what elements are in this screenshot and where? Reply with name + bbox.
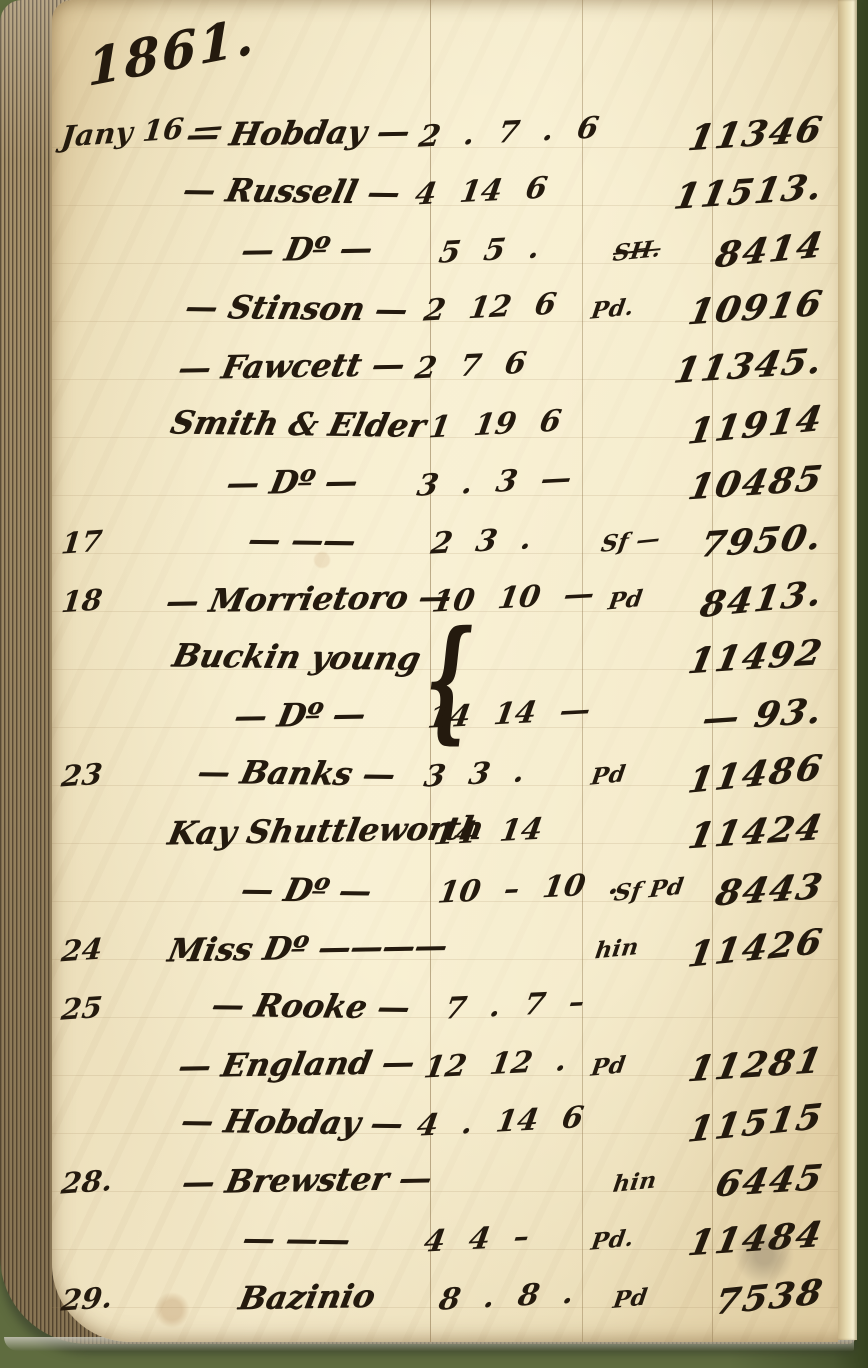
row-reference: — 93.: [699, 690, 843, 740]
row-reference: 10485: [685, 457, 843, 508]
row-reference: 8414: [712, 223, 843, 276]
row-name: — Dº —: [170, 694, 428, 736]
row-reference: 11513.: [671, 165, 844, 217]
row-note: hin: [585, 1160, 720, 1200]
row-note: Pd.: [563, 288, 694, 328]
table-row: — England — 12 12 . Pd 11281: [52, 1035, 838, 1093]
row-note: Pd.: [563, 1219, 694, 1259]
table-row: 24 Miss Dº ———— hin 11426: [52, 919, 838, 977]
row-amount: 2 7 6: [409, 345, 558, 387]
row-date: [51, 1118, 171, 1126]
row-reference: 11484: [685, 1213, 843, 1264]
row-date: [51, 362, 171, 370]
ledger-rows: Jany 16 — — Hobday — 2 . 7 . 6 11346 — R…: [52, 104, 838, 1326]
year-heading: 1861.: [87, 5, 256, 98]
row-reference: 11281: [685, 1038, 843, 1089]
row-amount: [430, 944, 571, 951]
row-date: Jany 16 —: [50, 112, 183, 155]
row-reference: 11515: [685, 1094, 843, 1150]
row-amount: 5 5 .: [433, 228, 592, 271]
row-amount: 3 3 .: [417, 752, 570, 795]
row-note: Pd: [563, 1044, 694, 1084]
row-note: Sf —: [573, 520, 706, 560]
row-amount: 10 – 10 .: [431, 868, 592, 911]
row-name: Miss Dº ————: [164, 926, 434, 969]
row-date: [51, 187, 171, 195]
row-note: Pd: [580, 579, 705, 618]
row-name: — ——: [169, 1218, 424, 1259]
row-name: — Dº —: [167, 461, 418, 503]
row-name: Bazinio: [174, 1276, 440, 1318]
row-amount: 2 . 7 . 6: [413, 112, 574, 155]
ledger-page: 1861. Jany 16 — — Hobday — 2 . 7 . 6 113…: [52, 0, 838, 1342]
row-date: 23: [50, 752, 176, 794]
row-reference: 11914: [685, 396, 843, 452]
row-date: 17: [50, 519, 178, 562]
row-date: [51, 885, 178, 894]
row-note: SH.: [585, 229, 720, 269]
row-note: [567, 418, 692, 431]
row-note: [569, 825, 691, 838]
row-amount: 3 . 3 —: [410, 461, 571, 504]
table-row: — Dº — 5 5 . SH. 8414: [52, 220, 838, 278]
row-note: [577, 708, 705, 721]
table-row: — Hobday — 4 . 14 6 11515: [52, 1093, 838, 1151]
row-date: 25: [50, 984, 183, 1027]
row-reference: 11426: [685, 920, 843, 976]
row-date: [51, 420, 171, 428]
table-row: — Stinson — 2 12 6 Pd. 10916: [52, 279, 838, 337]
row-note: Pd: [563, 753, 694, 793]
row-amount: 4 . 14 6: [410, 1101, 571, 1144]
row-reference: 11492: [685, 631, 843, 682]
row-amount: 14 14 —: [421, 693, 582, 736]
row-reference: 7950.: [697, 515, 843, 565]
row-note: [595, 999, 728, 1013]
table-row: — Fawcett — 2 7 6 11345.: [52, 337, 838, 395]
row-reference: [725, 1002, 839, 1010]
row-note: [553, 359, 677, 372]
table-row: Smith & Elder 1 19 6 11914: [52, 395, 838, 453]
row-name: — Stinson —: [169, 287, 424, 328]
row-date: 24: [50, 927, 171, 969]
row-amount: 12 12 .: [417, 1043, 570, 1086]
row-name: — Morrietoro —: [163, 577, 433, 620]
row-name: — Brewster —: [174, 1159, 440, 1201]
row-amount: 4 14 6: [409, 170, 558, 212]
row-date: [51, 478, 171, 486]
row-name: — Hobday —: [176, 112, 421, 154]
row-date: [51, 245, 178, 254]
row-name: — England —: [169, 1043, 425, 1085]
row-date: [51, 1234, 174, 1242]
page-fore-edge: [838, 0, 857, 1340]
row-amount: 14 14: [427, 810, 574, 852]
row-reference: 11486: [685, 745, 843, 801]
row-amount: 4 4 –: [417, 1217, 570, 1260]
row-name: Smith & Elder: [167, 403, 429, 445]
row-reference: 8413.: [698, 571, 843, 626]
row-amount: 7 . 7 –: [438, 984, 599, 1027]
row-date: 18: [50, 578, 170, 620]
table-row: 28. — Brewster — hin 6445: [52, 1151, 838, 1209]
row-reference: 10916: [685, 282, 843, 333]
table-row: 23 — Banks — 3 3 . Pd 11486: [52, 744, 838, 802]
row-name: Kay Shuttleworth: [164, 810, 434, 853]
table-row: — Dº — 3 . 3 — 10485: [52, 453, 838, 511]
row-date: 29.: [50, 1275, 181, 1318]
row-amount: [436, 1176, 589, 1184]
row-name: — Dº —: [174, 228, 440, 270]
row-note: Pd: [585, 1277, 720, 1317]
row-note: [565, 650, 692, 663]
row-date: [51, 653, 173, 661]
table-row: 25 — Rooke — 7 . 7 –: [52, 977, 838, 1035]
row-name: — Dº —: [174, 869, 439, 911]
row-reference: 11346: [685, 107, 843, 158]
row-note: hin: [567, 928, 693, 967]
row-name: — ——: [172, 520, 432, 562]
row-reference: 11424: [685, 806, 843, 857]
row-name: — Banks —: [169, 752, 424, 793]
row-date: 28.: [50, 1159, 181, 1202]
table-row: — Dº — 10 – 10 . Sf Pd 8443: [52, 860, 838, 918]
table-row: — Russell — 4 14 6 11513.: [52, 162, 838, 220]
row-date: [51, 827, 169, 835]
row-amount: 2 12 6: [417, 286, 570, 329]
row-note: [567, 1116, 692, 1129]
row-reference: 6445: [712, 1156, 843, 1205]
row-amount: 1 19 6: [422, 403, 572, 445]
table-row: — —— 4 4 – Pd. 11484: [52, 1210, 838, 1268]
row-name: — Russell —: [167, 171, 416, 212]
table-row: — Dº — { 14 14 — — 93.: [52, 686, 838, 744]
row-name: — Fawcett —: [167, 345, 417, 387]
table-row: Kay Shuttleworth 14 14 11424: [52, 802, 838, 860]
row-reference: 11345.: [671, 340, 844, 392]
row-name: — Hobday —: [167, 1102, 418, 1143]
row-amount: 2 3 .: [424, 519, 579, 562]
row-date: [51, 711, 175, 720]
row-amount: 8 . 8 .: [433, 1275, 592, 1318]
scan-background: 1861. Jany 16 — — Hobday — 2 . 7 . 6 113…: [0, 0, 868, 1368]
row-name: — Rooke —: [176, 985, 446, 1027]
table-row: Jany 16 — — Hobday — 2 . 7 . 6 11346: [52, 104, 838, 162]
row-date: [51, 1060, 174, 1068]
row-reference: 7538: [712, 1270, 843, 1323]
row-reference: 8443: [712, 865, 843, 914]
row-note: [553, 185, 677, 198]
row-name: Buckin young: [169, 636, 424, 677]
table-row: 29. Bazinio 8 . 8 . Pd 7538: [52, 1268, 838, 1326]
row-date: [51, 303, 174, 311]
table-row: 17 — —— 2 3 . Sf — 7950.: [52, 511, 838, 569]
row-note: [567, 476, 692, 489]
